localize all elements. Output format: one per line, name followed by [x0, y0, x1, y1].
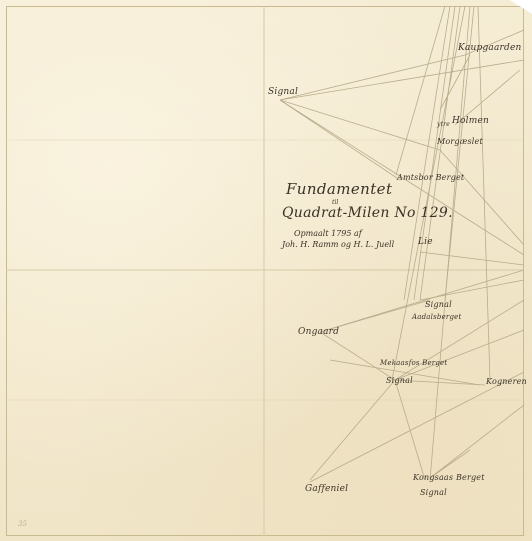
triangulation-lines — [0, 0, 532, 541]
place-kogneren: Kogneren — [486, 377, 527, 386]
place-aadalsberget: Aadalsberget — [412, 313, 462, 321]
title-quadrat-milen: Quadrat-Milen No 129. — [282, 205, 453, 221]
map-sheet: Fundamentet til Quadrat-Milen No 129. Op… — [0, 0, 532, 541]
place-kaupgaarden: Kaupgaarden — [458, 43, 522, 53]
place-signal-west: Signal — [268, 87, 298, 97]
place-signal-mid: Signal — [386, 376, 413, 385]
place-holmen: Holmen — [452, 116, 489, 126]
title-surveyors: Joh. H. Ramm og H. L. Juell — [282, 240, 394, 249]
place-signal-aadalsberget: Signal — [425, 300, 452, 309]
place-lie: Lie — [418, 237, 433, 247]
place-holmen-prefix: ytre — [437, 121, 450, 128]
torn-corner — [510, 0, 532, 14]
place-mekaasfos-berget: Mekaasfos Berget — [380, 359, 447, 367]
grid-lines — [6, 6, 524, 536]
title-survey-date: Opmaalt 1795 af — [294, 229, 362, 238]
place-signal-south: Signal — [420, 488, 447, 497]
place-gaffeniel: Gaffeniel — [305, 484, 348, 494]
place-amtsbor-berget: Amtsbor Berget — [397, 173, 464, 182]
pencil-annotation: 35 — [18, 520, 27, 528]
place-ongaard: Ongaard — [298, 327, 339, 337]
place-kongsaas-berget: Kongsaas Berget — [413, 473, 485, 482]
title-fundamentet: Fundamentet — [286, 180, 392, 198]
place-morgaeslet: Morgæslet — [437, 137, 483, 146]
